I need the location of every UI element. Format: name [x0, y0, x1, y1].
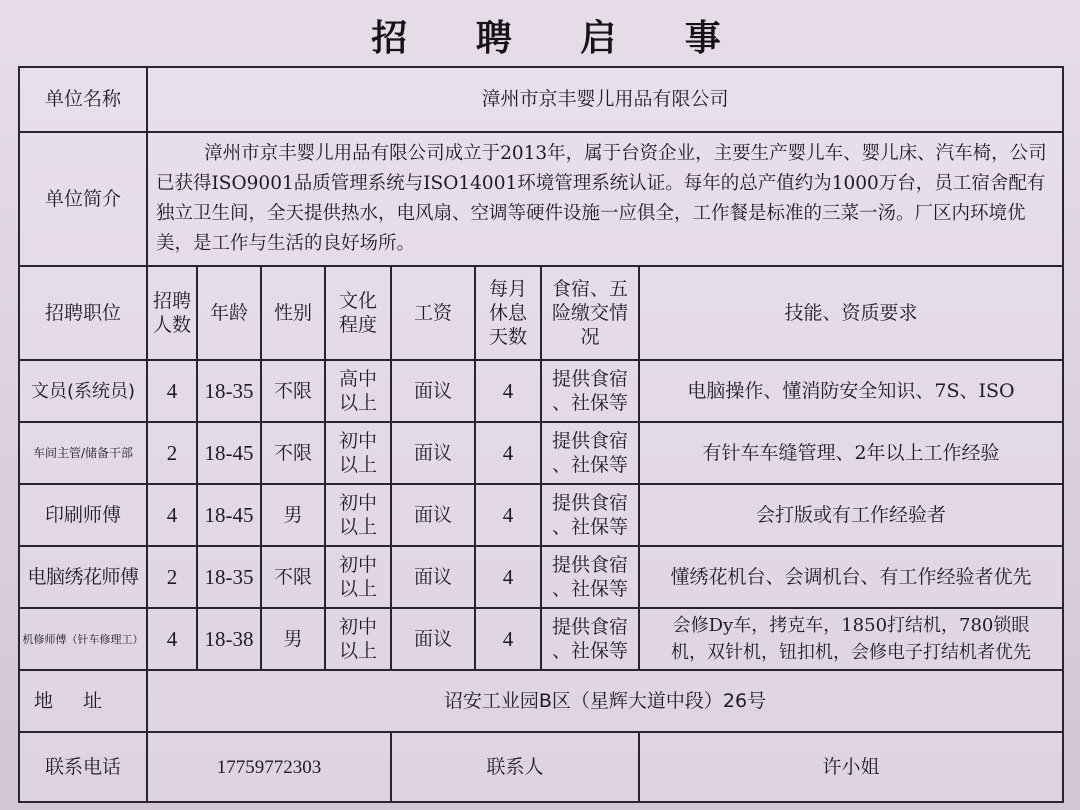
education-line2: 以上 — [339, 640, 377, 662]
requirements-line1: 会修Dy车，拷克车，1850打结机，780锁眼 — [673, 615, 1030, 636]
benefits-line1: 提供食宿 — [552, 616, 628, 638]
header-rest-line1: 每月 — [489, 278, 527, 300]
header-education: 文化 程度 — [325, 266, 391, 360]
count-cell: 2 — [147, 546, 197, 608]
header-position: 招聘职位 — [19, 266, 147, 360]
header-benefits-line3: 况 — [580, 326, 599, 348]
header-rest-days: 每月 休息 天数 — [475, 266, 541, 360]
header-gender: 性别 — [261, 266, 325, 360]
company-intro-label: 单位简介 — [19, 132, 147, 266]
education-line1: 初中 — [339, 616, 377, 638]
header-age: 年龄 — [197, 266, 261, 360]
benefits-line2: 、社保等 — [552, 454, 628, 476]
education-cell: 初中以上 — [325, 546, 391, 608]
count-cell: 4 — [147, 360, 197, 422]
age-cell: 18-35 — [197, 360, 261, 422]
header-education-line2: 程度 — [339, 314, 377, 336]
education-line2: 以上 — [339, 392, 377, 414]
education-cell: 初中以上 — [325, 422, 391, 484]
requirements-cell: 会打版或有工作经验者 — [639, 484, 1063, 546]
rest-days-cell: 4 — [475, 546, 541, 608]
benefits-cell: 提供食宿、社保等 — [541, 360, 639, 422]
header-rest-line3: 天数 — [489, 326, 527, 348]
salary-cell: 面议 — [391, 608, 475, 670]
recruitment-table: 单位名称 漳州市京丰婴儿用品有限公司 单位简介 漳州市京丰婴儿用品有限公司成立于… — [18, 66, 1064, 803]
requirements-line1: 会打版或有工作经验者 — [756, 504, 946, 526]
requirements-line1: 有针车车缝管理、2年以上工作经验 — [702, 442, 999, 464]
salary-cell: 面议 — [391, 422, 475, 484]
requirements-cell: 电脑操作、懂消防安全知识、7S、ISO — [639, 360, 1063, 422]
table-row: 印刷师傅 4 18-45 男 初中以上 面议 4 提供食宿、社保等 会打版或有工… — [19, 484, 1063, 546]
gender-cell: 男 — [261, 484, 325, 546]
education-cell: 高中以上 — [325, 360, 391, 422]
header-requirements: 技能、资质要求 — [639, 266, 1063, 360]
rest-days-cell: 4 — [475, 422, 541, 484]
header-benefits: 食宿、五 险缴交情 况 — [541, 266, 639, 360]
salary-cell: 面议 — [391, 546, 475, 608]
gender-cell: 男 — [261, 608, 325, 670]
education-line1: 高中 — [339, 368, 377, 390]
gender-cell: 不限 — [261, 360, 325, 422]
education-line1: 初中 — [339, 554, 377, 576]
requirements-line1: 电脑操作、懂消防安全知识、7S、ISO — [687, 380, 1014, 402]
benefits-cell: 提供食宿、社保等 — [541, 608, 639, 670]
header-benefits-line2: 险缴交情 — [552, 302, 628, 324]
gender-cell: 不限 — [261, 546, 325, 608]
phone-value: 17759772303 — [147, 732, 391, 802]
count-cell: 4 — [147, 484, 197, 546]
position-cell: 文员(系统员) — [19, 360, 147, 422]
header-rest-line2: 休息 — [489, 302, 527, 324]
benefits-cell: 提供食宿、社保等 — [541, 546, 639, 608]
requirements-line1: 懂绣花机台、会调机台、有工作经验者优先 — [671, 566, 1032, 588]
rest-days-cell: 4 — [475, 484, 541, 546]
rest-days-cell: 4 — [475, 360, 541, 422]
benefits-line1: 提供食宿 — [552, 368, 628, 390]
benefits-line2: 、社保等 — [552, 578, 628, 600]
contact-label: 联系人 — [391, 732, 639, 802]
age-cell: 18-35 — [197, 546, 261, 608]
education-line1: 初中 — [339, 430, 377, 452]
company-name-value: 漳州市京丰婴儿用品有限公司 — [147, 67, 1063, 132]
position-cell: 印刷师傅 — [19, 484, 147, 546]
benefits-line2: 、社保等 — [552, 640, 628, 662]
requirements-cell: 懂绣花机台、会调机台、有工作经验者优先 — [639, 546, 1063, 608]
address-row: 地址 诏安工业园B区（星辉大道中段）26号 — [19, 670, 1063, 732]
company-intro-row: 单位简介 漳州市京丰婴儿用品有限公司成立于2013年，属于台资企业，主要生产婴儿… — [19, 132, 1063, 266]
salary-cell: 面议 — [391, 360, 475, 422]
education-cell: 初中以上 — [325, 484, 391, 546]
benefits-line2: 、社保等 — [552, 392, 628, 414]
benefits-line1: 提供食宿 — [552, 492, 628, 514]
benefits-line2: 、社保等 — [552, 516, 628, 538]
header-count: 招聘 人数 — [147, 266, 197, 360]
company-name-row: 单位名称 漳州市京丰婴儿用品有限公司 — [19, 67, 1063, 132]
position-cell: 电脑绣花师傅 — [19, 546, 147, 608]
header-count-line1: 招聘 — [153, 290, 191, 312]
age-cell: 18-38 — [197, 608, 261, 670]
page-title: 招 聘 启 事 — [0, 10, 1080, 61]
requirements-cell: 有针车车缝管理、2年以上工作经验 — [639, 422, 1063, 484]
position-cell: 车间主管/储备干部 — [19, 422, 147, 484]
benefits-line1: 提供食宿 — [552, 430, 628, 452]
table-row: 电脑绣花师傅 2 18-35 不限 初中以上 面议 4 提供食宿、社保等 懂绣花… — [19, 546, 1063, 608]
age-cell: 18-45 — [197, 484, 261, 546]
requirements-line2: 机，双针机，钮扣机，会修电子打结机者优先 — [671, 642, 1031, 663]
gender-cell: 不限 — [261, 422, 325, 484]
contact-row: 联系电话 17759772303 联系人 许小姐 — [19, 732, 1063, 802]
company-intro-text: 漳州市京丰婴儿用品有限公司成立于2013年，属于台资企业，主要生产婴儿车、婴儿床… — [147, 132, 1063, 266]
table-header-row: 招聘职位 招聘 人数 年龄 性别 文化 程度 工资 每月 休息 天数 食宿、五 — [19, 266, 1063, 360]
salary-cell: 面议 — [391, 484, 475, 546]
header-count-line2: 人数 — [153, 314, 191, 336]
education-cell: 初中以上 — [325, 608, 391, 670]
requirements-cell: 会修Dy车，拷克车，1850打结机，780锁眼 机，双针机，钮扣机，会修电子打结… — [639, 608, 1063, 670]
education-line2: 以上 — [339, 454, 377, 476]
education-line2: 以上 — [339, 578, 377, 600]
address-label: 地址 — [19, 670, 147, 732]
contact-value: 许小姐 — [639, 732, 1063, 802]
table-row: 车间主管/储备干部 2 18-45 不限 初中以上 面议 4 提供食宿、社保等 … — [19, 422, 1063, 484]
company-name-label: 单位名称 — [19, 67, 147, 132]
position-cell: 机修师傅（针车修理工） — [19, 608, 147, 670]
address-value: 诏安工业园B区（星辉大道中段）26号 — [147, 670, 1063, 732]
table-row: 文员(系统员) 4 18-35 不限 高中以上 面议 4 提供食宿、社保等 电脑… — [19, 360, 1063, 422]
table-row: 机修师傅（针车修理工） 4 18-38 男 初中以上 面议 4 提供食宿、社保等… — [19, 608, 1063, 670]
phone-label: 联系电话 — [19, 732, 147, 802]
age-cell: 18-45 — [197, 422, 261, 484]
count-cell: 4 — [147, 608, 197, 670]
header-education-line1: 文化 — [339, 290, 377, 312]
count-cell: 2 — [147, 422, 197, 484]
benefits-cell: 提供食宿、社保等 — [541, 484, 639, 546]
benefits-line1: 提供食宿 — [552, 554, 628, 576]
rest-days-cell: 4 — [475, 608, 541, 670]
benefits-cell: 提供食宿、社保等 — [541, 422, 639, 484]
education-line1: 初中 — [339, 492, 377, 514]
header-salary: 工资 — [391, 266, 475, 360]
education-line2: 以上 — [339, 516, 377, 538]
header-benefits-line1: 食宿、五 — [552, 278, 628, 300]
